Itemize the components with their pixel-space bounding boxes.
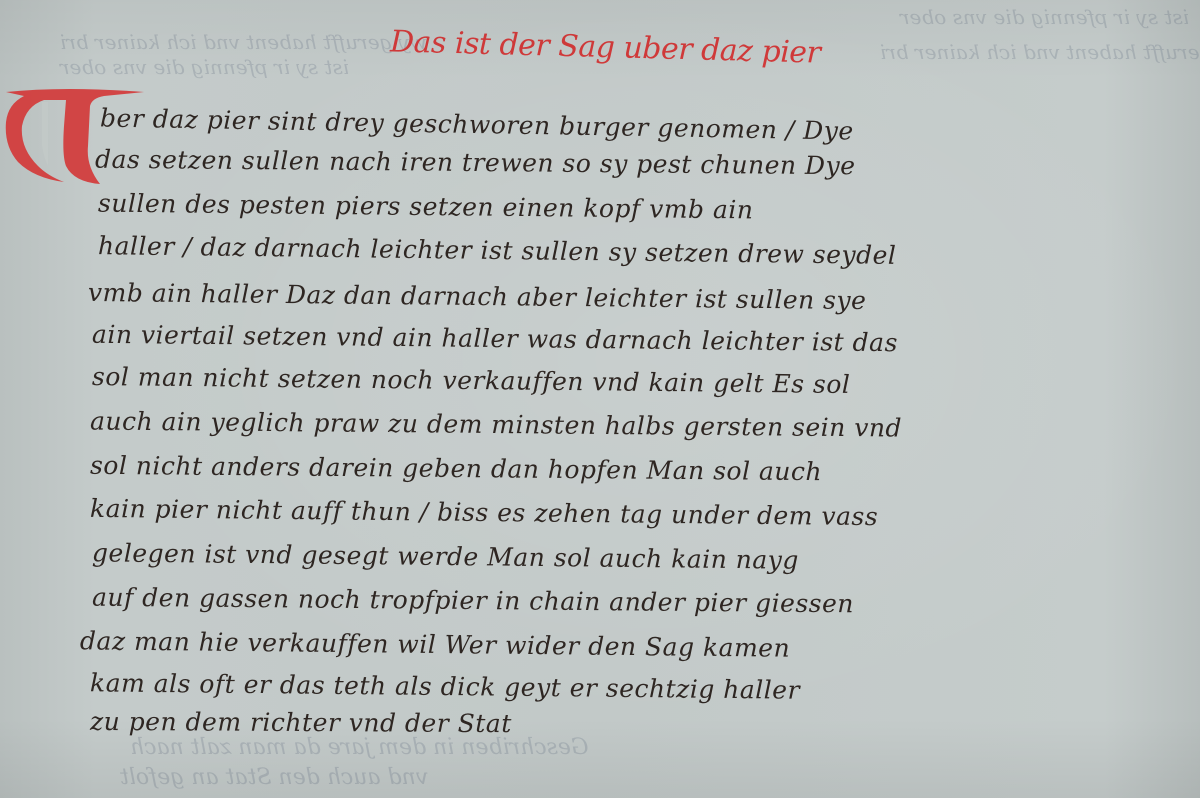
text-line: ain viertail setzen vnd ain haller was d…	[92, 320, 898, 357]
text-line: auf den gassen noch tropfpier in chain a…	[92, 583, 854, 619]
bleed-through-text: wy gerufft habent vnd ich kainer bri	[880, 40, 1200, 64]
rubric-heading: Das ist der Sag uber daz pier	[390, 24, 821, 70]
text-line: daz man hie verkauffen wil Wer wider den…	[80, 626, 790, 662]
text-line: sullen des pesten piers setzen einen kop…	[98, 189, 754, 225]
text-line: sol nicht anders darein geben dan hopfen…	[90, 451, 822, 486]
text-line: zu pen dem richter vnd der Stat	[90, 707, 512, 738]
bleed-through-text: wy gerufft habent vnd ich kainer bri	[60, 30, 427, 54]
bleed-through-text: vnd auch den Stat an gefolt	[120, 765, 428, 790]
text-line: ber daz pier sint drey geschworen burger…	[100, 103, 854, 145]
bleed-through-text: ist sy ir pfennig die vns ober	[900, 5, 1189, 29]
text-line: sol man nicht setzen noch verkauffen vnd…	[92, 362, 851, 399]
text-line: auch ain yeglich praw zu dem minsten hal…	[90, 406, 902, 442]
text-line: kam als oft er das teth als dick geyt er…	[90, 668, 800, 704]
manuscript-page: wy gerufft habent vnd ich kainer bri ist…	[0, 0, 1200, 798]
text-line: haller / daz darnach leichter ist sullen…	[98, 231, 897, 270]
text-line: vmb ain haller Daz dan darnach aber leic…	[88, 278, 867, 315]
bleed-through-text: Geschriben in dem jare da man zalt nach	[130, 735, 589, 760]
bleed-through-text: ist sy ir pfennig die vns ober	[60, 55, 349, 79]
text-line: kain pier nicht auff thun / biss es zehe…	[90, 494, 878, 531]
text-line: gelegen ist vnd gesegt werde Man sol auc…	[92, 538, 799, 574]
text-line: das setzen sullen nach iren trewen so sy…	[95, 145, 856, 181]
